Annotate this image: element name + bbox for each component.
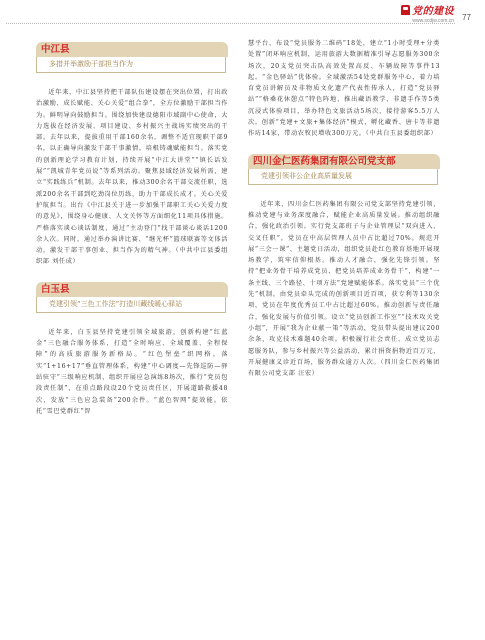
header-divider [6, 23, 455, 24]
article-body-continued: 慧平台，布设“党员服务二维码”18处，建立“1小时受理+分类处置”闭环响应机制，… [248, 38, 440, 140]
page-header: 党的建设 www.scdjw.com.cn 77 [401, 2, 471, 24]
article-body: 近年来，中江县坚持把干部队伍建设摆在突出位置，打出政治激励、成长赋能、关心关爱“… [36, 87, 228, 268]
left-column: 中江县 多措并举激励干部担当作为 近年来，中江县坚持把干部队伍建设摆在突出位置，… [36, 38, 228, 417]
article-body: 近年来，四川金仁医药集团有限公司党支部坚持党建引领，推动党建与业务深度融合，赋能… [248, 199, 440, 380]
section-subtitle: 党建引领非公企业高质量发展 [248, 169, 438, 185]
section-header-zhongjiang: 中江县 多措并举激励干部担当作为 [36, 42, 228, 73]
magazine-logo: 党的建设 [401, 2, 454, 17]
section-subtitle: 多措并举激励干部担当作为 [36, 57, 226, 73]
section-title: 中江县 [36, 42, 228, 57]
section-title: 四川金仁医药集团有限公司党支部 [248, 154, 440, 169]
article-body: 近年来，白玉县坚持党建引领全域旅游，创新构建“红蓝金”三色融合服务体系，打造“全… [36, 327, 228, 417]
brand: 党的建设 www.scdjw.com.cn [401, 2, 454, 24]
logo-text: 党的建设 [412, 2, 454, 17]
section-header-jinren: 四川金仁医药集团有限公司党支部 党建引领非公企业高质量发展 [248, 154, 440, 185]
page-number: 77 [462, 13, 471, 24]
section-title: 白玉县 [36, 282, 228, 297]
section-subtitle: 党建引领“三色工作法”打造川藏线暖心驿站 [36, 297, 226, 313]
right-column: 慧平台，布设“党员服务二维码”18处，建立“1小时受理+分类处置”闭环响应机制，… [248, 38, 440, 379]
section-header-baiyu: 白玉县 党建引领“三色工作法”打造川藏线暖心驿站 [36, 282, 228, 313]
logo-icon [401, 5, 410, 15]
